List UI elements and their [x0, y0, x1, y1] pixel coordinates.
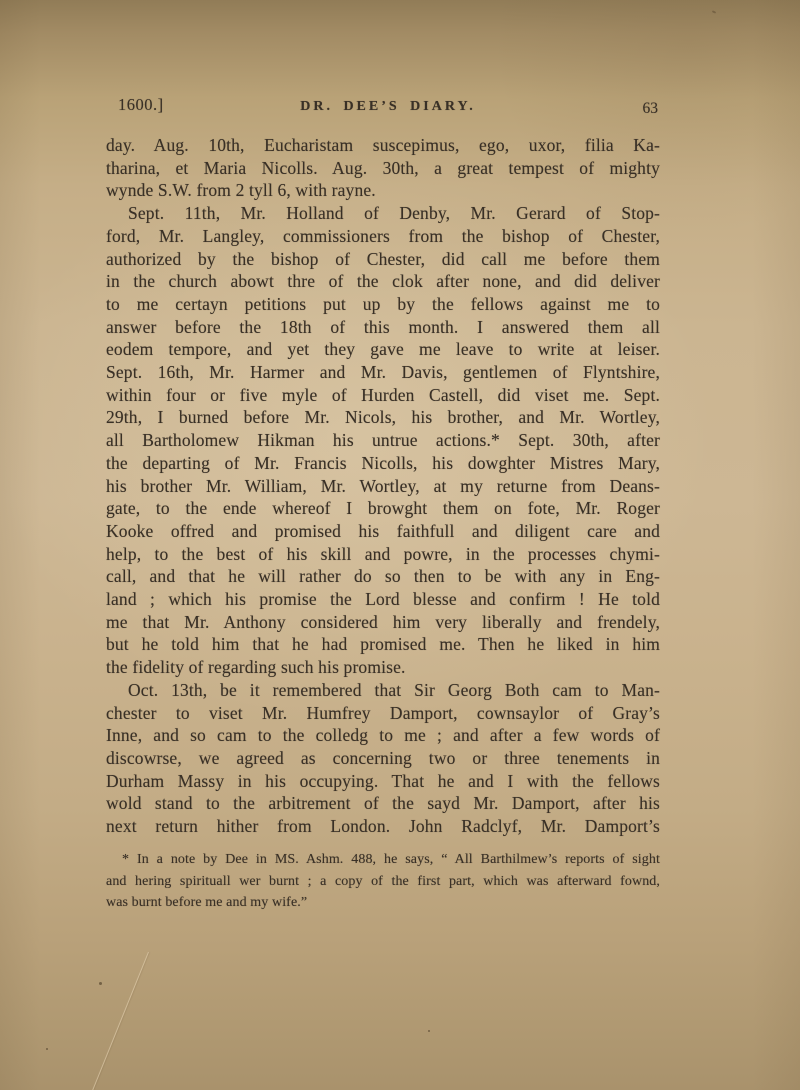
text-line: all Bartholomew Hikman his untrue action…: [106, 429, 660, 452]
text-line: 29th, I burned before Mr. Nicols, his br…: [106, 406, 660, 429]
text-line: Sept. 11th, Mr. Holland of Denby, Mr. Ge…: [106, 202, 660, 225]
text-line: chester to viset Mr. Humfrey Damport, co…: [106, 702, 660, 725]
paper-crease: [92, 952, 149, 1090]
page-header: 1600.] DR. DEE’S DIARY. 63: [106, 95, 660, 115]
book-page: 1600.] DR. DEE’S DIARY. 63 day. Aug. 10t…: [0, 0, 800, 1090]
text-line: ford, Mr. Langley, commissioners from th…: [106, 225, 660, 248]
text-line: gate, to the ende whereof I browght them…: [106, 497, 660, 520]
text-line: discowrse, we agreed as concerning two o…: [106, 747, 660, 770]
running-title: DR. DEE’S DIARY.: [300, 99, 476, 115]
text-line: Sept. 16th, Mr. Harmer and Mr. Davis, ge…: [106, 361, 660, 384]
text-line: me that Mr. Anthony considered him very …: [106, 611, 660, 634]
footnote: * In a note by Dee in MS. Ashm. 488, he …: [106, 849, 660, 914]
text-line: day. Aug. 10th, Eucharistam suscepimus, …: [106, 134, 660, 157]
text-line: wold stand to the arbitrement of the say…: [106, 792, 660, 815]
text-line: eodem tempore, and yet they gave me leav…: [106, 338, 660, 361]
footnote-line: was burnt before me and my wife.”: [106, 892, 660, 914]
year-marker: 1600.]: [106, 95, 300, 115]
text-line: within four or five myle of Hurden Caste…: [106, 384, 660, 407]
text-line: Inne, and so cam to the colledg to me ; …: [106, 724, 660, 747]
text-line: the departing of Mr. Francis Nicolls, hi…: [106, 452, 660, 475]
text-line: next return hither from London. John Rad…: [106, 815, 660, 838]
text-line: in the church abowt thre of the clok aft…: [106, 270, 660, 293]
paper-speck: [712, 10, 716, 14]
text-line: his brother Mr. William, Mr. Wortley, at…: [106, 475, 660, 498]
paper-speck: [99, 982, 102, 985]
text-line: tharina, et Maria Nicolls. Aug. 30th, a …: [106, 157, 660, 180]
text-line: the fidelity of regarding such his promi…: [106, 656, 660, 679]
paper-speck: [46, 1048, 48, 1050]
text-line: call, and that he will rather do so then…: [106, 565, 660, 588]
page-number: 63: [476, 100, 660, 118]
text-line: Oct. 13th, be it remembered that Sir Geo…: [106, 679, 660, 702]
text-line: wynde S.W. from 2 tyll 6, with rayne.: [106, 179, 660, 202]
text-line: Durham Massy in his occupying. That he a…: [106, 770, 660, 793]
footnote-line: and hering spirituall wer burnt ; a copy…: [106, 871, 660, 893]
text-line: authorized by the bishop of Chester, did…: [106, 248, 660, 271]
paper-speck: [428, 1030, 430, 1032]
body-text: day. Aug. 10th, Eucharistam suscepimus, …: [106, 134, 660, 838]
text-line: land ; which his promise the Lord blesse…: [106, 588, 660, 611]
text-line: but he told him that he had promised me.…: [106, 633, 660, 656]
text-line: answer before the 18th of this month. I …: [106, 316, 660, 339]
text-line: Kooke offred and promised his faithfull …: [106, 520, 660, 543]
text-line: to me certayn petitions put up by the fe…: [106, 293, 660, 316]
text-line: help, to the best of his skill and powre…: [106, 543, 660, 566]
footnote-line: * In a note by Dee in MS. Ashm. 488, he …: [106, 849, 660, 871]
